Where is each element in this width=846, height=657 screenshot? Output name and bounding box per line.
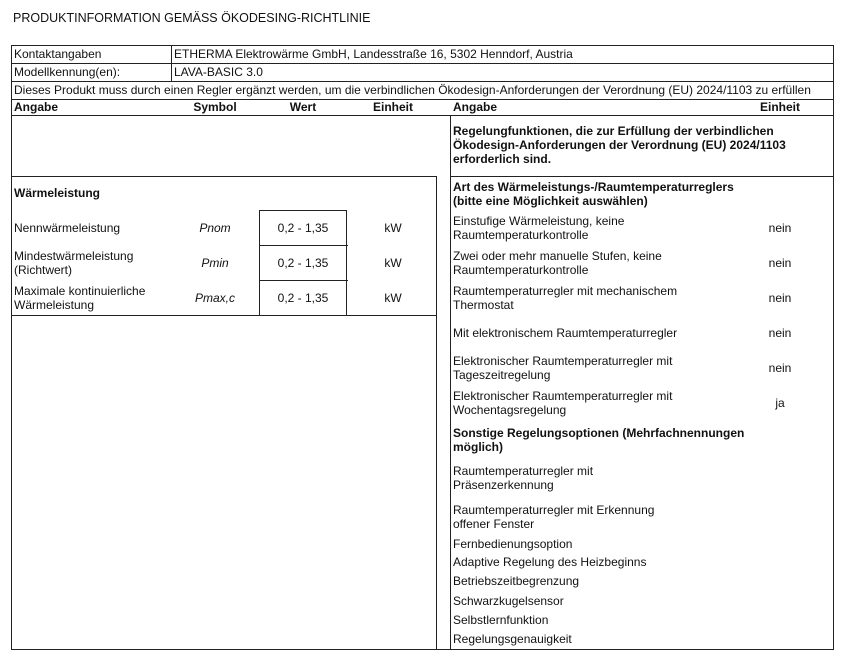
regulator-note: Dieses Produkt muss durch einen Regler e… <box>14 83 811 97</box>
row-divider <box>11 115 834 116</box>
other-option-label: Raumtemperaturregler mit Präsenzerkennun… <box>453 464 653 492</box>
other-option-label: Adaptive Regelung des Heizbeginns <box>453 555 646 569</box>
control-option-value: nein <box>755 326 805 340</box>
table-border-left <box>11 45 12 650</box>
row-divider <box>11 63 834 64</box>
control-option-label: Zwei oder mehr manuelle Stufen, keine Ra… <box>453 249 703 277</box>
control-option-value: ja <box>755 396 805 410</box>
contact-value: ETHERMA Elektrowärme GmbH, Landesstraße … <box>174 47 573 61</box>
section-waermeleistung: Wärmeleistung <box>14 186 100 200</box>
other-option-label: Fernbedienungsoption <box>453 537 572 551</box>
control-option-value: nein <box>755 256 805 270</box>
value-box-divider <box>259 245 348 246</box>
row-divider <box>11 81 834 82</box>
row-value: 0,2 - 1,35 <box>259 291 347 305</box>
other-option-label: Regelungsgenauigkeit <box>453 632 572 646</box>
model-label: Modellkennung(en): <box>14 65 120 79</box>
row-symbol: Pmin <box>180 256 250 270</box>
right-section-divider <box>450 115 451 650</box>
row-label-max-kontinuierlich: Maximale kontinuierliche Wärmeleistung <box>14 284 174 312</box>
value-box-divider <box>259 280 348 281</box>
table-border-bottom <box>11 649 834 650</box>
other-option-label: Raumtemperaturregler mit Erkennung offen… <box>453 503 683 531</box>
other-option-label: Schwarzkugelsensor <box>453 594 564 608</box>
header-einheit-right: Einheit <box>760 100 800 114</box>
col-divider <box>171 45 172 81</box>
other-option-label: Betriebszeitbegrenzung <box>453 574 579 588</box>
model-value: LAVA-BASIC 3.0 <box>174 65 263 79</box>
section-regler-art: Art des Wärmeleistungs-/Raumtemperaturre… <box>453 180 753 208</box>
header-symbol: Symbol <box>180 100 250 114</box>
header-wert: Wert <box>268 100 338 114</box>
row-label-nennwaermeleistung: Nennwärmeleistung <box>14 221 120 235</box>
control-option-label: Elektronischer Raumtemperaturregler mit … <box>453 389 703 417</box>
header-einheit-left: Einheit <box>358 100 428 114</box>
page-title: PRODUKTINFORMATION GEMÄSS ÖKODESING-RICH… <box>13 11 370 25</box>
left-section-top <box>11 176 437 177</box>
control-option-value: nein <box>755 361 805 375</box>
row-label-mindestwaermeleistung: Mindestwärmeleistung (Richtwert) <box>14 249 174 277</box>
row-symbol: Pmax,c <box>180 291 250 305</box>
row-symbol: Pnom <box>180 221 250 235</box>
right-section-top <box>450 176 834 177</box>
header-angabe-right: Angabe <box>453 100 497 114</box>
row-unit: kW <box>358 221 428 235</box>
control-option-label: Elektronischer Raumtemperaturregler mit … <box>453 354 703 382</box>
other-option-label: Selbstlernfunktion <box>453 613 548 627</box>
section-sonstige-optionen: Sonstige Regelungsoptionen (Mehrfachnenn… <box>453 426 763 454</box>
control-option-value: nein <box>755 291 805 305</box>
left-section-divider <box>436 176 437 650</box>
row-value: 0,2 - 1,35 <box>259 256 347 270</box>
control-option-label: Einstufige Wärmeleistung, keine Raumtemp… <box>453 214 703 242</box>
table-border-right <box>833 45 834 650</box>
control-option-label: Raumtemperaturregler mit mechanischem Th… <box>453 284 703 312</box>
control-option-label: Mit elektronischem Raumtemperaturregler <box>453 326 677 340</box>
row-unit: kW <box>358 291 428 305</box>
table-border-top <box>11 45 834 46</box>
row-unit: kW <box>358 256 428 270</box>
header-angabe-left: Angabe <box>14 100 58 114</box>
contact-label: Kontaktangaben <box>14 47 101 61</box>
row-value: 0,2 - 1,35 <box>259 221 347 235</box>
control-option-value: nein <box>755 221 805 235</box>
left-section-bottom <box>11 315 437 316</box>
control-functions-intro: Regelungfunktionen, die zur Erfüllung de… <box>453 124 798 166</box>
